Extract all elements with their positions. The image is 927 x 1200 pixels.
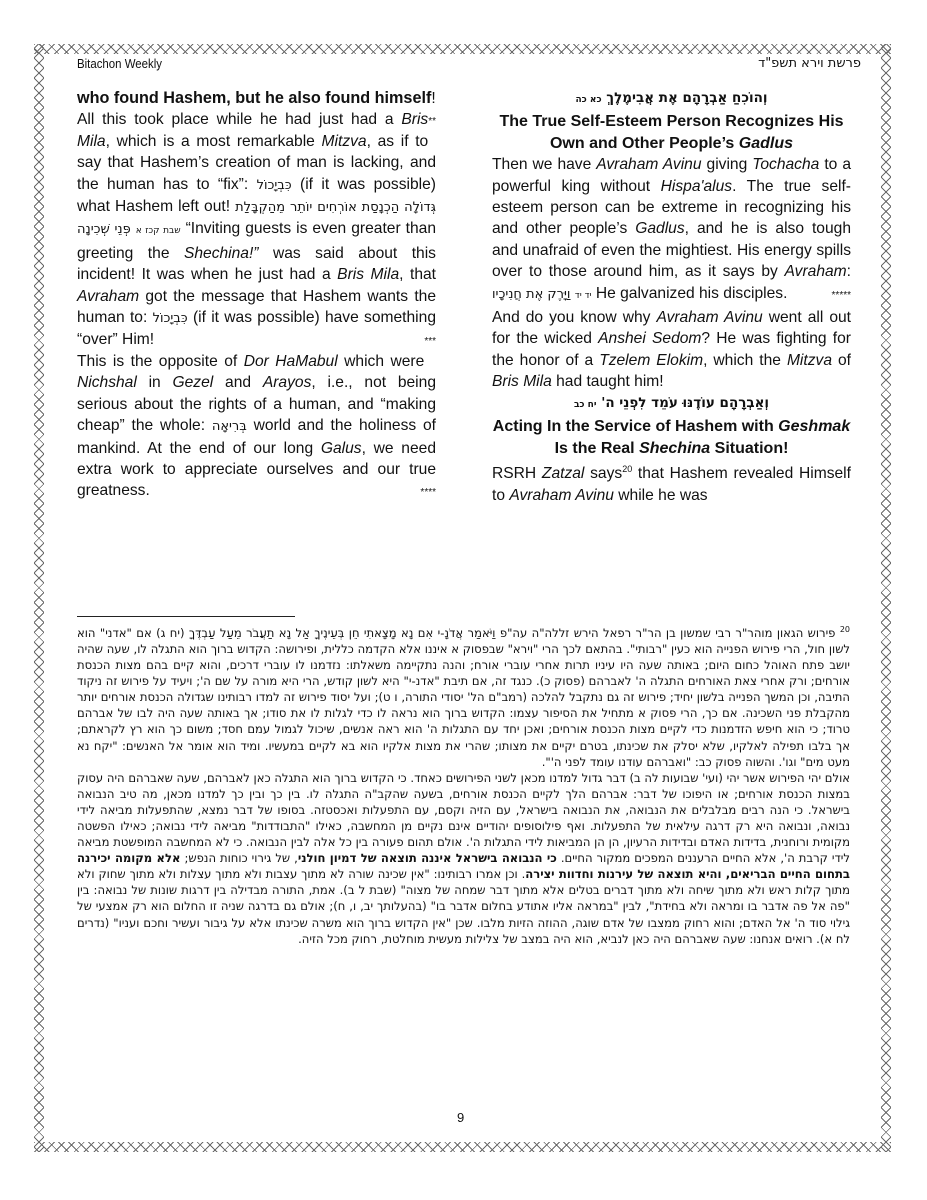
term: Shechina!”	[184, 245, 259, 262]
text: giving	[702, 156, 753, 173]
term: Dor HaMabul	[244, 353, 338, 370]
left-column: who found Hashem, but he also found hims…	[77, 88, 436, 504]
right-column: וְהוֹכִחַ אַבְרָהָם אֶת אֲבִימֶלֶךְ כא כ…	[492, 88, 851, 506]
footnote-reference[interactable]: 20	[622, 464, 632, 474]
hebrew-source-ref: יד יד	[575, 291, 592, 301]
term: Bris Mila	[337, 266, 399, 283]
footnote-separator	[77, 616, 295, 617]
text: of	[832, 352, 851, 369]
section-hebrew-heading: וְהוֹכִחַ אַבְרָהָם אֶת אֲבִימֶלֶךְ כא כ…	[492, 88, 851, 111]
heading-term: Shechina	[639, 440, 710, 457]
page-number: 9	[457, 1110, 464, 1125]
footnote-text: , של גירוי כוחות הנפש;	[180, 851, 297, 865]
term: Avraham Avinu	[509, 487, 614, 504]
paragraph-rsrh: RSRH Zatzal says20 that Hashem revealed …	[492, 459, 851, 506]
text: RSRH	[492, 465, 542, 482]
term: Gadlus	[635, 220, 684, 237]
term: Tzelem Elokim	[599, 352, 703, 369]
term: Bris Mila	[492, 373, 552, 390]
footnote-paragraph: אולם יהי הפירוש אשר יהי (ועי' שבועות לה …	[77, 770, 850, 947]
text: He galvanized his disciples.	[592, 285, 788, 302]
text: and	[213, 374, 263, 391]
text: in	[137, 374, 173, 391]
text: , which is a most remarkable	[106, 133, 322, 150]
text: All this took place while he had just ha…	[77, 111, 401, 128]
parsha-title: פרשת וירא תשפ"ד	[758, 56, 861, 71]
paragraph-bris-mila: All this took place while he had just ha…	[77, 109, 436, 350]
term: Mitzva	[787, 352, 832, 369]
heading-term: Gadlus	[739, 135, 793, 152]
term: Arayos	[263, 374, 312, 391]
text: , that	[399, 266, 436, 283]
term: Avraham Avinu	[596, 156, 701, 173]
term: Avraham	[77, 288, 139, 305]
text: had taught him!	[552, 373, 664, 390]
lead-paragraph: who found Hashem, but he also found hims…	[77, 88, 436, 109]
footnote-number: 20	[840, 625, 850, 634]
term: Mitzva	[322, 133, 367, 150]
term: Nichshal	[77, 374, 137, 391]
text: Then we have	[492, 156, 596, 173]
hebrew-source-ref: יח כב	[574, 400, 597, 410]
footnote-text: פירוש הגאון מוהר"ר רבי שמשון בן הר"ר רפא…	[77, 626, 850, 769]
text: says	[584, 465, 622, 482]
text: , which the	[703, 352, 787, 369]
term: Zatzal	[542, 465, 584, 482]
section-hebrew-heading: וְאַבְרָהָם עוֹדֶנּוּ עֹמֵד לִפְנֵי ה' י…	[492, 393, 851, 416]
section-stars: **	[428, 109, 436, 132]
footnote-paragraph: 20 פירוש הגאון מוהר"ר רבי שמשון בן הר"ר …	[77, 622, 850, 770]
text: while he was	[614, 487, 708, 504]
hebrew-word: כִּבְיָכוֹל	[153, 311, 188, 326]
term: Avraham	[785, 263, 847, 280]
section-stars: *****	[832, 283, 851, 306]
publication-title: Bitachon Weekly	[77, 56, 162, 71]
footnote-20: 20 פירוש הגאון מוהר"ר רבי שמשון בן הר"ר …	[77, 622, 850, 947]
lead-end: !	[431, 90, 435, 107]
hebrew-word: בְּרִיאָה	[212, 419, 247, 434]
section-stars: ****	[420, 480, 436, 503]
section-heading: The True Self-Esteem Person Recognizes H…	[492, 111, 851, 154]
hebrew-verse: וְאַבְרָהָם עוֹדֶנּוּ עֹמֵד לִפְנֵי ה'	[601, 395, 769, 411]
term: Hispa'alus	[661, 178, 732, 195]
hebrew-source-ref: שבת קכז א	[136, 226, 181, 236]
paragraph-dor-hamabul: This is the opposite of Dor HaMabul whic…	[77, 351, 436, 502]
term: Gezel	[173, 374, 214, 391]
term: Tochacha	[752, 156, 819, 173]
heading-text: Acting In the Service of Hashem with	[493, 418, 778, 435]
section-heading: Acting In the Service of Hashem with Ges…	[492, 416, 851, 459]
hebrew-verse: וַיָּרֶק אֶת חֲנִיכָיו	[492, 287, 570, 302]
heading-text: Situation!	[710, 440, 788, 457]
term: Galus	[321, 440, 362, 457]
text: And do you know why	[492, 309, 656, 326]
paragraph-anshei-sedom: And do you know why Avraham Avinu went a…	[492, 307, 851, 393]
hebrew-source-ref: כא כה	[575, 95, 601, 105]
heading-term: Geshmak	[778, 418, 850, 435]
footnote-bold-text: כי הנבואה בישראל איננה תוצאה של דמיון חו…	[298, 851, 557, 865]
text: :	[847, 263, 851, 280]
term: Anshei Sedom	[598, 330, 701, 347]
paragraph-tochacha: Then we have Avraham Avinu giving Tochac…	[492, 154, 851, 307]
section-stars: ***	[424, 329, 436, 352]
hebrew-word: כִּבְיָכוֹל	[257, 178, 292, 193]
hebrew-verse: וְהוֹכִחַ אַבְרָהָם אֶת אֲבִימֶלֶךְ	[606, 90, 767, 106]
term: Avraham Avinu	[656, 309, 762, 326]
text: This is the opposite of	[77, 353, 244, 370]
heading-text: Is the Real	[555, 440, 639, 457]
lead-bold-text: who found Hashem, but he also found hims…	[77, 89, 431, 107]
text: which were	[338, 353, 425, 370]
